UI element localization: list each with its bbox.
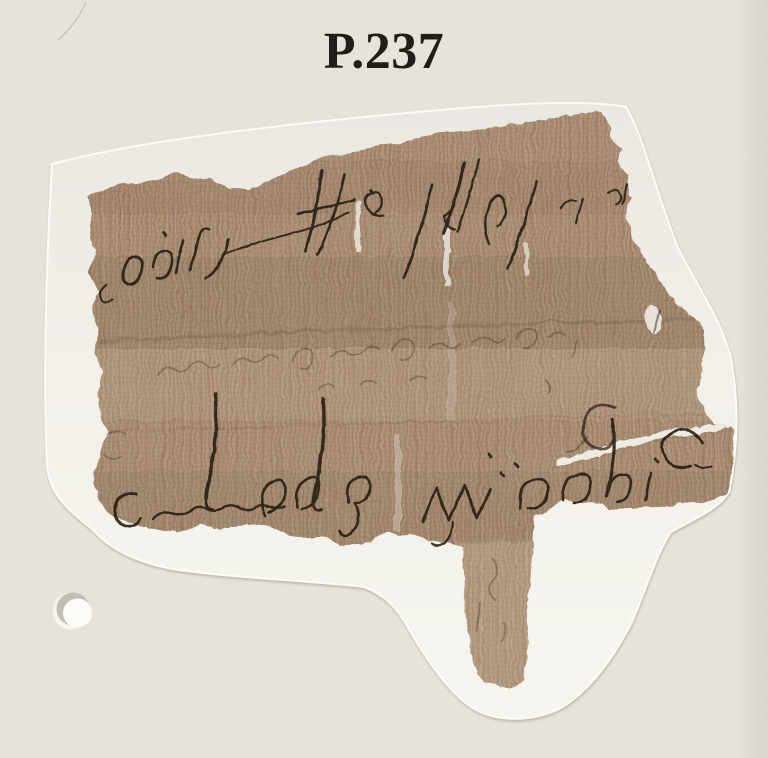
lacuna-slit: [523, 242, 527, 274]
papyrus-scene-graphic: [0, 0, 768, 758]
photograph-papyrus-mount: P.237: [0, 0, 768, 758]
repair-strip: [393, 432, 400, 530]
inventory-label: P.237: [0, 22, 768, 81]
repair-strip: [447, 300, 453, 420]
lacuna-slit: [355, 200, 360, 252]
lacuna-slit: [443, 226, 449, 284]
